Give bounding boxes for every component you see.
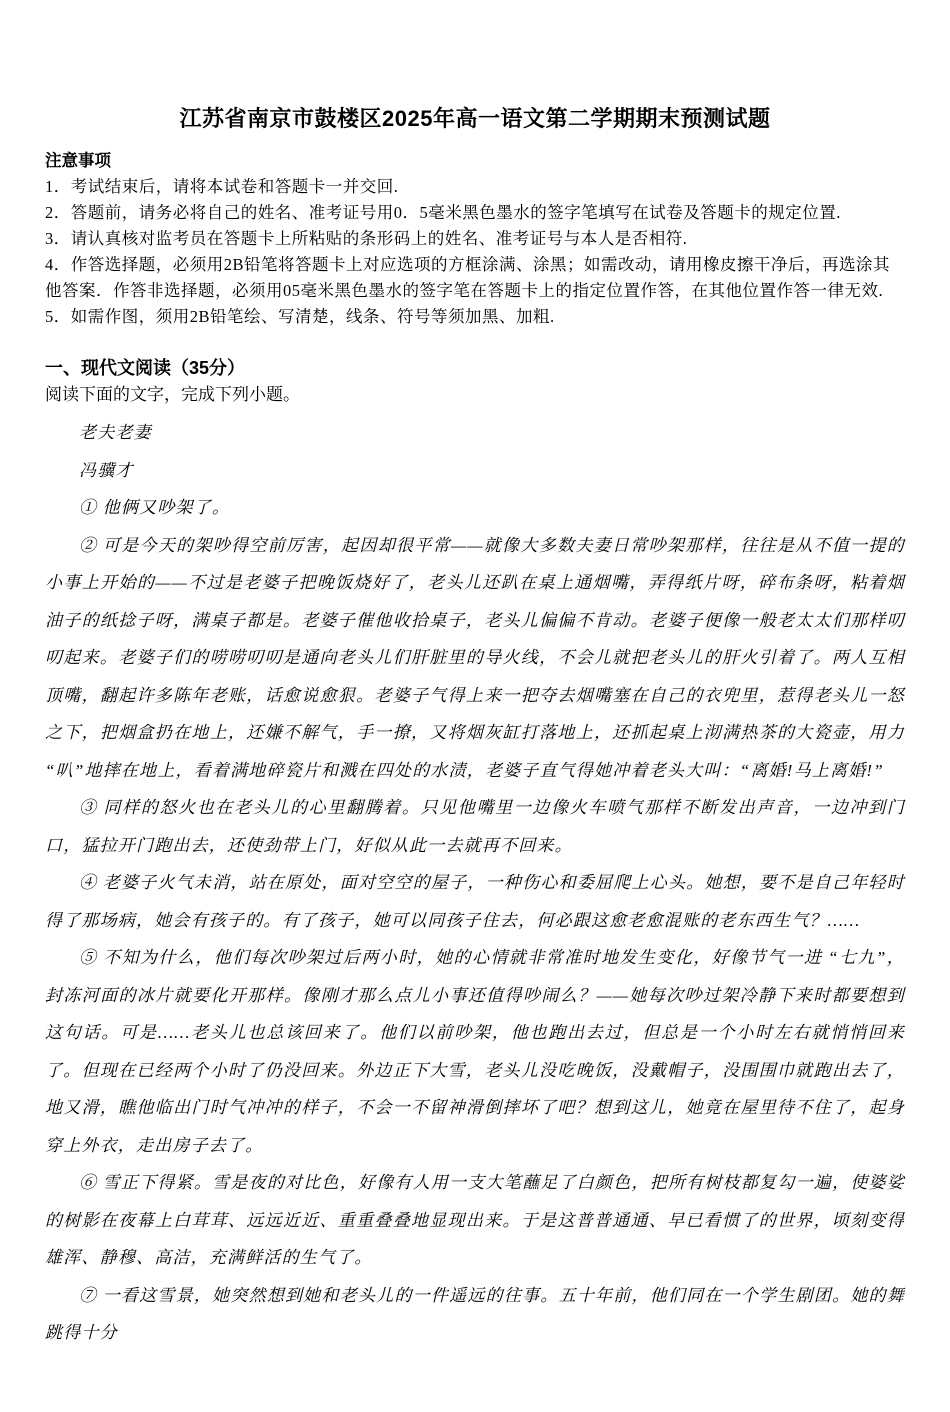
passage-paragraph: ② 可是今天的架吵得空前厉害，起因却很平常——就像大多数夫妻日常吵架那样，往往是… bbox=[45, 527, 905, 790]
passage-title: 老夫老妻 bbox=[45, 414, 905, 452]
passage-paragraph: ① 他俩又吵架了。 bbox=[45, 489, 905, 527]
passage-paragraph: ⑥ 雪正下得紧。雪是夜的对比色，好像有人用一支大笔蘸足了白颜色，把所有树枝都复勾… bbox=[45, 1164, 905, 1277]
exam-page: 江苏省南京市鼓楼区2025年高一语文第二学期期末预测试题 注意事项 1．考试结束… bbox=[0, 0, 950, 1412]
passage-paragraph: ⑤ 不知为什么，他们每次吵架过后两小时，她的心情就非常准时地发生变化，好像节气一… bbox=[45, 939, 905, 1164]
passage-paragraph: ⑦ 一看这雪景，她突然想到她和老头儿的一件遥远的往事。五十年前，他们同在一个学生… bbox=[45, 1277, 905, 1352]
notice-heading: 注意事项 bbox=[45, 148, 905, 174]
notice-item: 3．请认真核对监考员在答题卡上所粘贴的条形码上的姓名、准考证号与本人是否相符. bbox=[45, 226, 905, 252]
passage-paragraph: ④ 老婆子火气未消，站在原处，面对空空的屋子，一种伤心和委屈爬上心头。她想，要不… bbox=[45, 864, 905, 939]
notice-item: 5．如需作图，须用2B铅笔绘、写清楚，线条、符号等须加黑、加粗. bbox=[45, 304, 905, 330]
section-one-heading: 一、现代文阅读（35分） bbox=[45, 355, 905, 381]
notice-section: 注意事项 1．考试结束后，请将本试卷和答题卡一并交回.2．答题前，请务必将自己的… bbox=[45, 148, 905, 330]
notice-item: 2．答题前，请务必将自己的姓名、准考证号用0．5毫米黑色墨水的签字笔填写在试卷及… bbox=[45, 200, 905, 226]
exam-title: 江苏省南京市鼓楼区2025年高一语文第二学期期末预测试题 bbox=[45, 104, 905, 134]
notice-item: 1．考试结束后，请将本试卷和答题卡一并交回. bbox=[45, 174, 905, 200]
reading-instruction: 阅读下面的文字，完成下列小题。 bbox=[45, 381, 905, 408]
reading-passage: 老夫老妻 冯骥才 ① 他俩又吵架了。② 可是今天的架吵得空前厉害，起因却很平常—… bbox=[45, 414, 905, 1352]
passage-paragraph: ③ 同样的怒火也在老头儿的心里翻腾着。只见他嘴里一边像火车喷气那样不断发出声音，… bbox=[45, 789, 905, 864]
notice-item: 4．作答选择题，必须用2B铅笔将答题卡上对应选项的方框涂满、涂黑；如需改动，请用… bbox=[45, 252, 905, 304]
passage-author: 冯骥才 bbox=[45, 452, 905, 490]
